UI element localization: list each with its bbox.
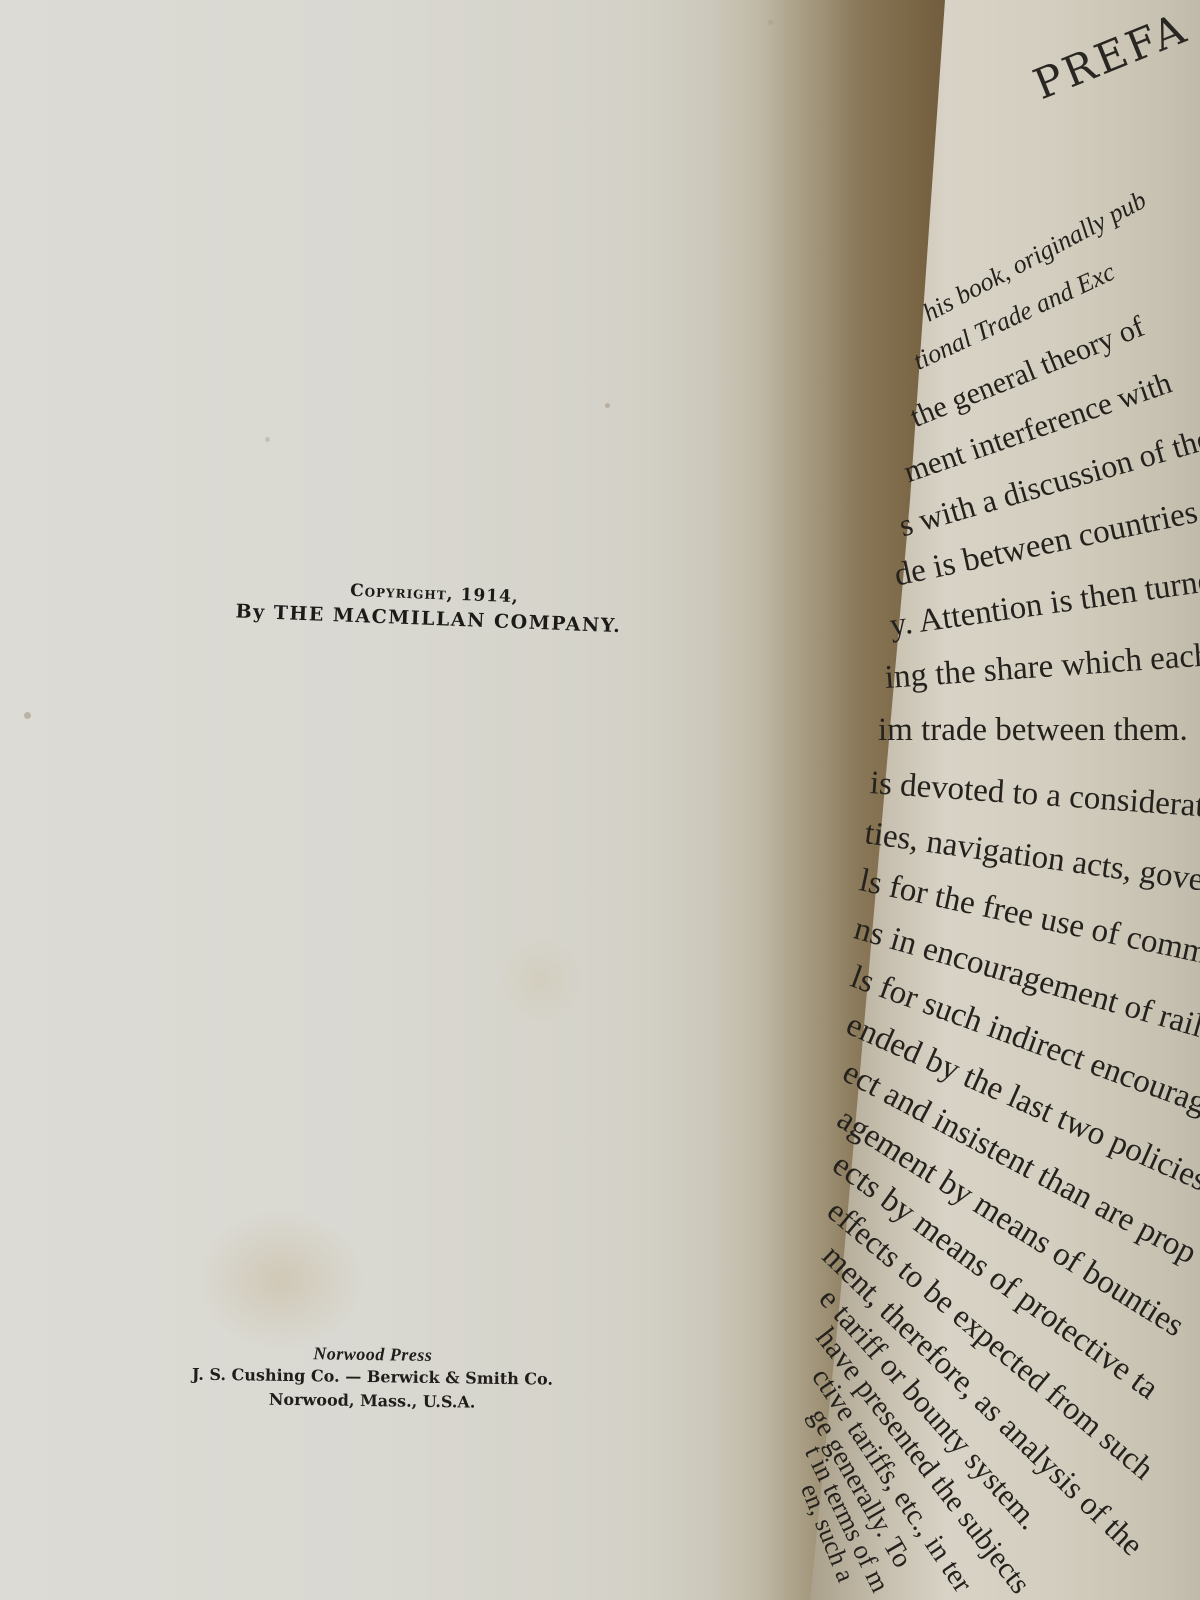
paper-speck (768, 20, 773, 25)
printer-imprint: Norwood Press J. S. Cushing Co. — Berwic… (147, 1340, 598, 1416)
copyright-notice: Copyright, 1914, By THE MACMILLAN COMPAN… (198, 575, 659, 639)
copyright-page: Copyright, 1914, By THE MACMILLAN COMPAN… (0, 0, 960, 1600)
preface-line: im trade between them. (878, 712, 1188, 749)
open-book-photo: Copyright, 1914, By THE MACMILLAN COMPAN… (0, 0, 1200, 1600)
paper-speck (605, 403, 610, 408)
paper-speck (265, 437, 270, 442)
paper-speck (24, 712, 31, 719)
